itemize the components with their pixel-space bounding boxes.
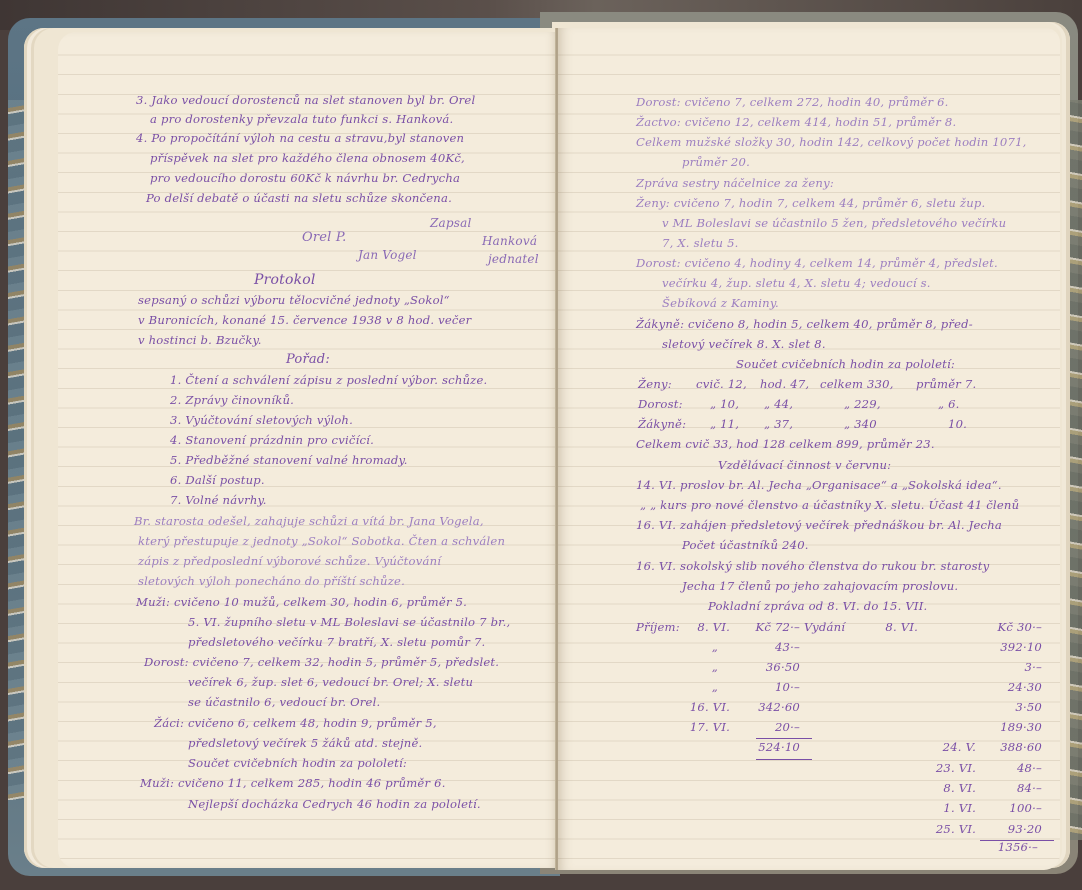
expense-amount: 392·10: [938, 638, 1042, 658]
expense-label: Vydání: [804, 618, 845, 638]
report-line: se účastnilo 6, vedoucí br. Orel.: [188, 693, 380, 713]
agenda-item: 4. Stanovení prázdnin pro cvičící.: [170, 431, 374, 451]
text-line: a pro dorostenky převzala tuto funkci s.…: [150, 110, 453, 130]
income-date: „: [678, 678, 718, 698]
row-hod: „ 44,: [764, 395, 793, 415]
body-line: který přestupuje z jednoty „Sokol“ Sobot…: [138, 532, 505, 552]
income-amount: Kč 72·–: [728, 618, 800, 638]
income-date: 16. VI.: [668, 698, 730, 718]
text-line: pro vedoucího dorostu 60Kč k návrhu br. …: [150, 169, 460, 189]
row-prumer: průměr 7.: [916, 375, 976, 395]
report-line: Součet cvičebních hodin za pololetí:: [188, 754, 407, 774]
row-prumer: 10.: [948, 415, 967, 435]
report-line: předsletový večírek 5 žáků atd. stejně.: [188, 734, 422, 754]
text-line: Šebíková z Kaminy.: [662, 294, 779, 314]
income-amount: 43·–: [728, 638, 800, 658]
row-celkem: „ 229,: [844, 395, 881, 415]
text-line: Žactvo: cvičeno 12, celkem 414, hodin 51…: [636, 113, 956, 133]
agenda-item: 5. Předběžné stanovení valné hromady.: [170, 451, 408, 471]
education-title: Vzdělávací činnost v červnu:: [718, 456, 891, 476]
row-cv: „ 10,: [710, 395, 739, 415]
income-amount: 36·50: [728, 658, 800, 678]
treasury-title: Pokladní zpráva od 8. VI. do 15. VII.: [708, 597, 927, 617]
agenda-item: 2. Zprávy činovníků.: [170, 391, 294, 411]
income-date: „: [678, 658, 718, 678]
expense-date: 8. VI.: [858, 618, 918, 638]
education-item: Jecha 17 členů po jeho zahajovacím prosl…: [682, 577, 958, 597]
income-date: „: [678, 638, 718, 658]
protocol-intro-line: sepsaný o schůzi výboru tělocvičné jedno…: [138, 291, 450, 311]
text-line: Žákyně: cvičeno 8, hodin 5, celkem 40, p…: [636, 315, 973, 335]
agenda-item: 3. Vyúčtování sletových výloh.: [170, 411, 353, 431]
income-date: 8. VI.: [678, 618, 730, 638]
report-line: předsletového večírku 7 bratří, X. sletu…: [188, 633, 485, 653]
text-line: příspěvek na slet pro každého člena obno…: [150, 149, 465, 169]
row-celkem: celkem 330,: [820, 375, 894, 395]
expense-amount: 24·30: [938, 678, 1042, 698]
income-label: Příjem:: [636, 618, 680, 638]
text-line: večírku 4, žup. sletu 4, X. sletu 4; ved…: [662, 274, 931, 294]
text-line: 4. Po propočítání výloh na cestu a strav…: [136, 129, 464, 149]
expense-amount: 3·–: [938, 658, 1042, 678]
text-line: v ML Boleslavi se účastnilo 5 žen, předs…: [662, 214, 1006, 234]
expense-amount: Kč 30·–: [938, 618, 1042, 638]
text-line: 3. Jako vedoucí dorostenců na slet stano…: [136, 91, 475, 111]
text-line: Celkem mužské složky 30, hodin 142, celk…: [636, 133, 1027, 153]
expense-amount: 3·50: [938, 698, 1042, 718]
education-item: 16. VI. zahájen předsletový večírek před…: [636, 516, 1002, 536]
row-celkem: „ 340: [844, 415, 877, 435]
report-line: Muži: cvičeno 11, celkem 285, hodin 46 p…: [140, 774, 446, 794]
row-cv: cvič. 12,: [696, 375, 747, 395]
agenda-title: Pořad:: [286, 350, 330, 370]
row-hod: hod. 47,: [760, 375, 809, 395]
text-line: 7, X. sletu 5.: [662, 234, 739, 254]
row-label: Ženy:: [638, 375, 672, 395]
row-label: Žákyně:: [638, 415, 686, 435]
signature-hankova: Hanková: [482, 232, 537, 252]
signature-vogel: Jan Vogel: [358, 246, 417, 266]
agenda-item: 6. Další postup.: [170, 471, 265, 491]
expense-amount: 93·20: [938, 820, 1042, 840]
expense-amount: 84·–: [938, 779, 1042, 799]
left-page: 3. Jako vedoucí dorostenců na slet stano…: [58, 32, 558, 868]
expense-amount: 48·–: [938, 759, 1042, 779]
body-line: Br. starosta odešel, zahajuje schůzi a v…: [134, 512, 484, 532]
expense-amount: 100·–: [938, 799, 1042, 819]
agenda-item: 1. Čtení a schválení zápisu z poslední v…: [170, 371, 487, 391]
signature-orel: Orel P.: [302, 228, 347, 248]
education-item: Počet účastníků 240.: [682, 536, 809, 556]
expense-amount: 388·60: [938, 738, 1042, 758]
report-line: 5. VI. župního sletu v ML Boleslavi se ú…: [188, 613, 510, 633]
report-line: Muži: cvičeno 10 mužů, celkem 30, hodin …: [136, 593, 467, 613]
protocol-title: Protokol: [254, 271, 316, 291]
summary-title: Součet cvičebních hodin za pololetí:: [736, 355, 955, 375]
expense-total: 1356·–: [938, 838, 1038, 858]
report-line: Žáci: cvičeno 6, celkem 48, hodin 9, prů…: [154, 714, 437, 734]
body-line: sletových výloh ponecháno do příští schů…: [138, 572, 405, 592]
report-line: večírek 6, žup. slet 6, vedoucí br. Orel…: [188, 673, 473, 693]
income-total: 524·10: [728, 738, 800, 758]
report-line: Dorost: cvičeno 7, celkem 32, hodin 5, p…: [144, 653, 499, 673]
recorder-label: Zapsal: [430, 214, 472, 234]
text-line: Zpráva sestry náčelnice za ženy:: [636, 174, 834, 194]
text-line: Po delší debatě o účasti na sletu schůze…: [146, 189, 452, 209]
income-amount: 10·–: [728, 678, 800, 698]
agenda-item: 7. Volné návrhy.: [170, 491, 267, 511]
summary-total: Celkem cvič 33, hod 128 celkem 899, prům…: [636, 435, 935, 455]
text-line: sletový večírek 8. X. slet 8.: [662, 335, 826, 355]
education-item: „ „ kurs pro nové členstvo a účastníky X…: [640, 496, 1019, 516]
text-line: Dorost: cvičeno 7, celkem 272, hodin 40,…: [636, 93, 949, 113]
row-cv: „ 11,: [710, 415, 739, 435]
education-item: 14. VI. proslov br. Al. Jecha „Organisac…: [636, 476, 1002, 496]
text-line: Dorost: cvičeno 4, hodiny 4, celkem 14, …: [636, 254, 998, 274]
education-item: 16. VI. sokolský slib nového členstva do…: [636, 557, 989, 577]
text-line: Ženy: cvičeno 7, hodin 7, celkem 44, prů…: [636, 194, 985, 214]
right-page: Dorost: cvičeno 7, celkem 272, hodin 40,…: [558, 28, 1060, 870]
income-total-rule: [756, 759, 812, 760]
income-amount: 342·60: [728, 698, 800, 718]
signature-title: jednatel: [488, 250, 539, 270]
income-amount: 20·–: [728, 718, 800, 738]
text-line: průměr 20.: [682, 153, 750, 173]
protocol-intro-line: v Buronicích, konané 15. července 1938 v…: [138, 311, 471, 331]
protocol-intro-line: v hostinci b. Bzučky.: [138, 331, 262, 351]
income-date: 17. VI.: [668, 718, 730, 738]
body-line: zápis z předposlední výborové schůze. Vy…: [138, 552, 441, 572]
expense-amount: 189·30: [938, 718, 1042, 738]
row-label: Dorost:: [638, 395, 683, 415]
row-prumer: „ 6.: [938, 395, 960, 415]
row-hod: „ 37,: [764, 415, 793, 435]
report-line: Nejlepší docházka Cedrych 46 hodin za po…: [188, 795, 481, 815]
